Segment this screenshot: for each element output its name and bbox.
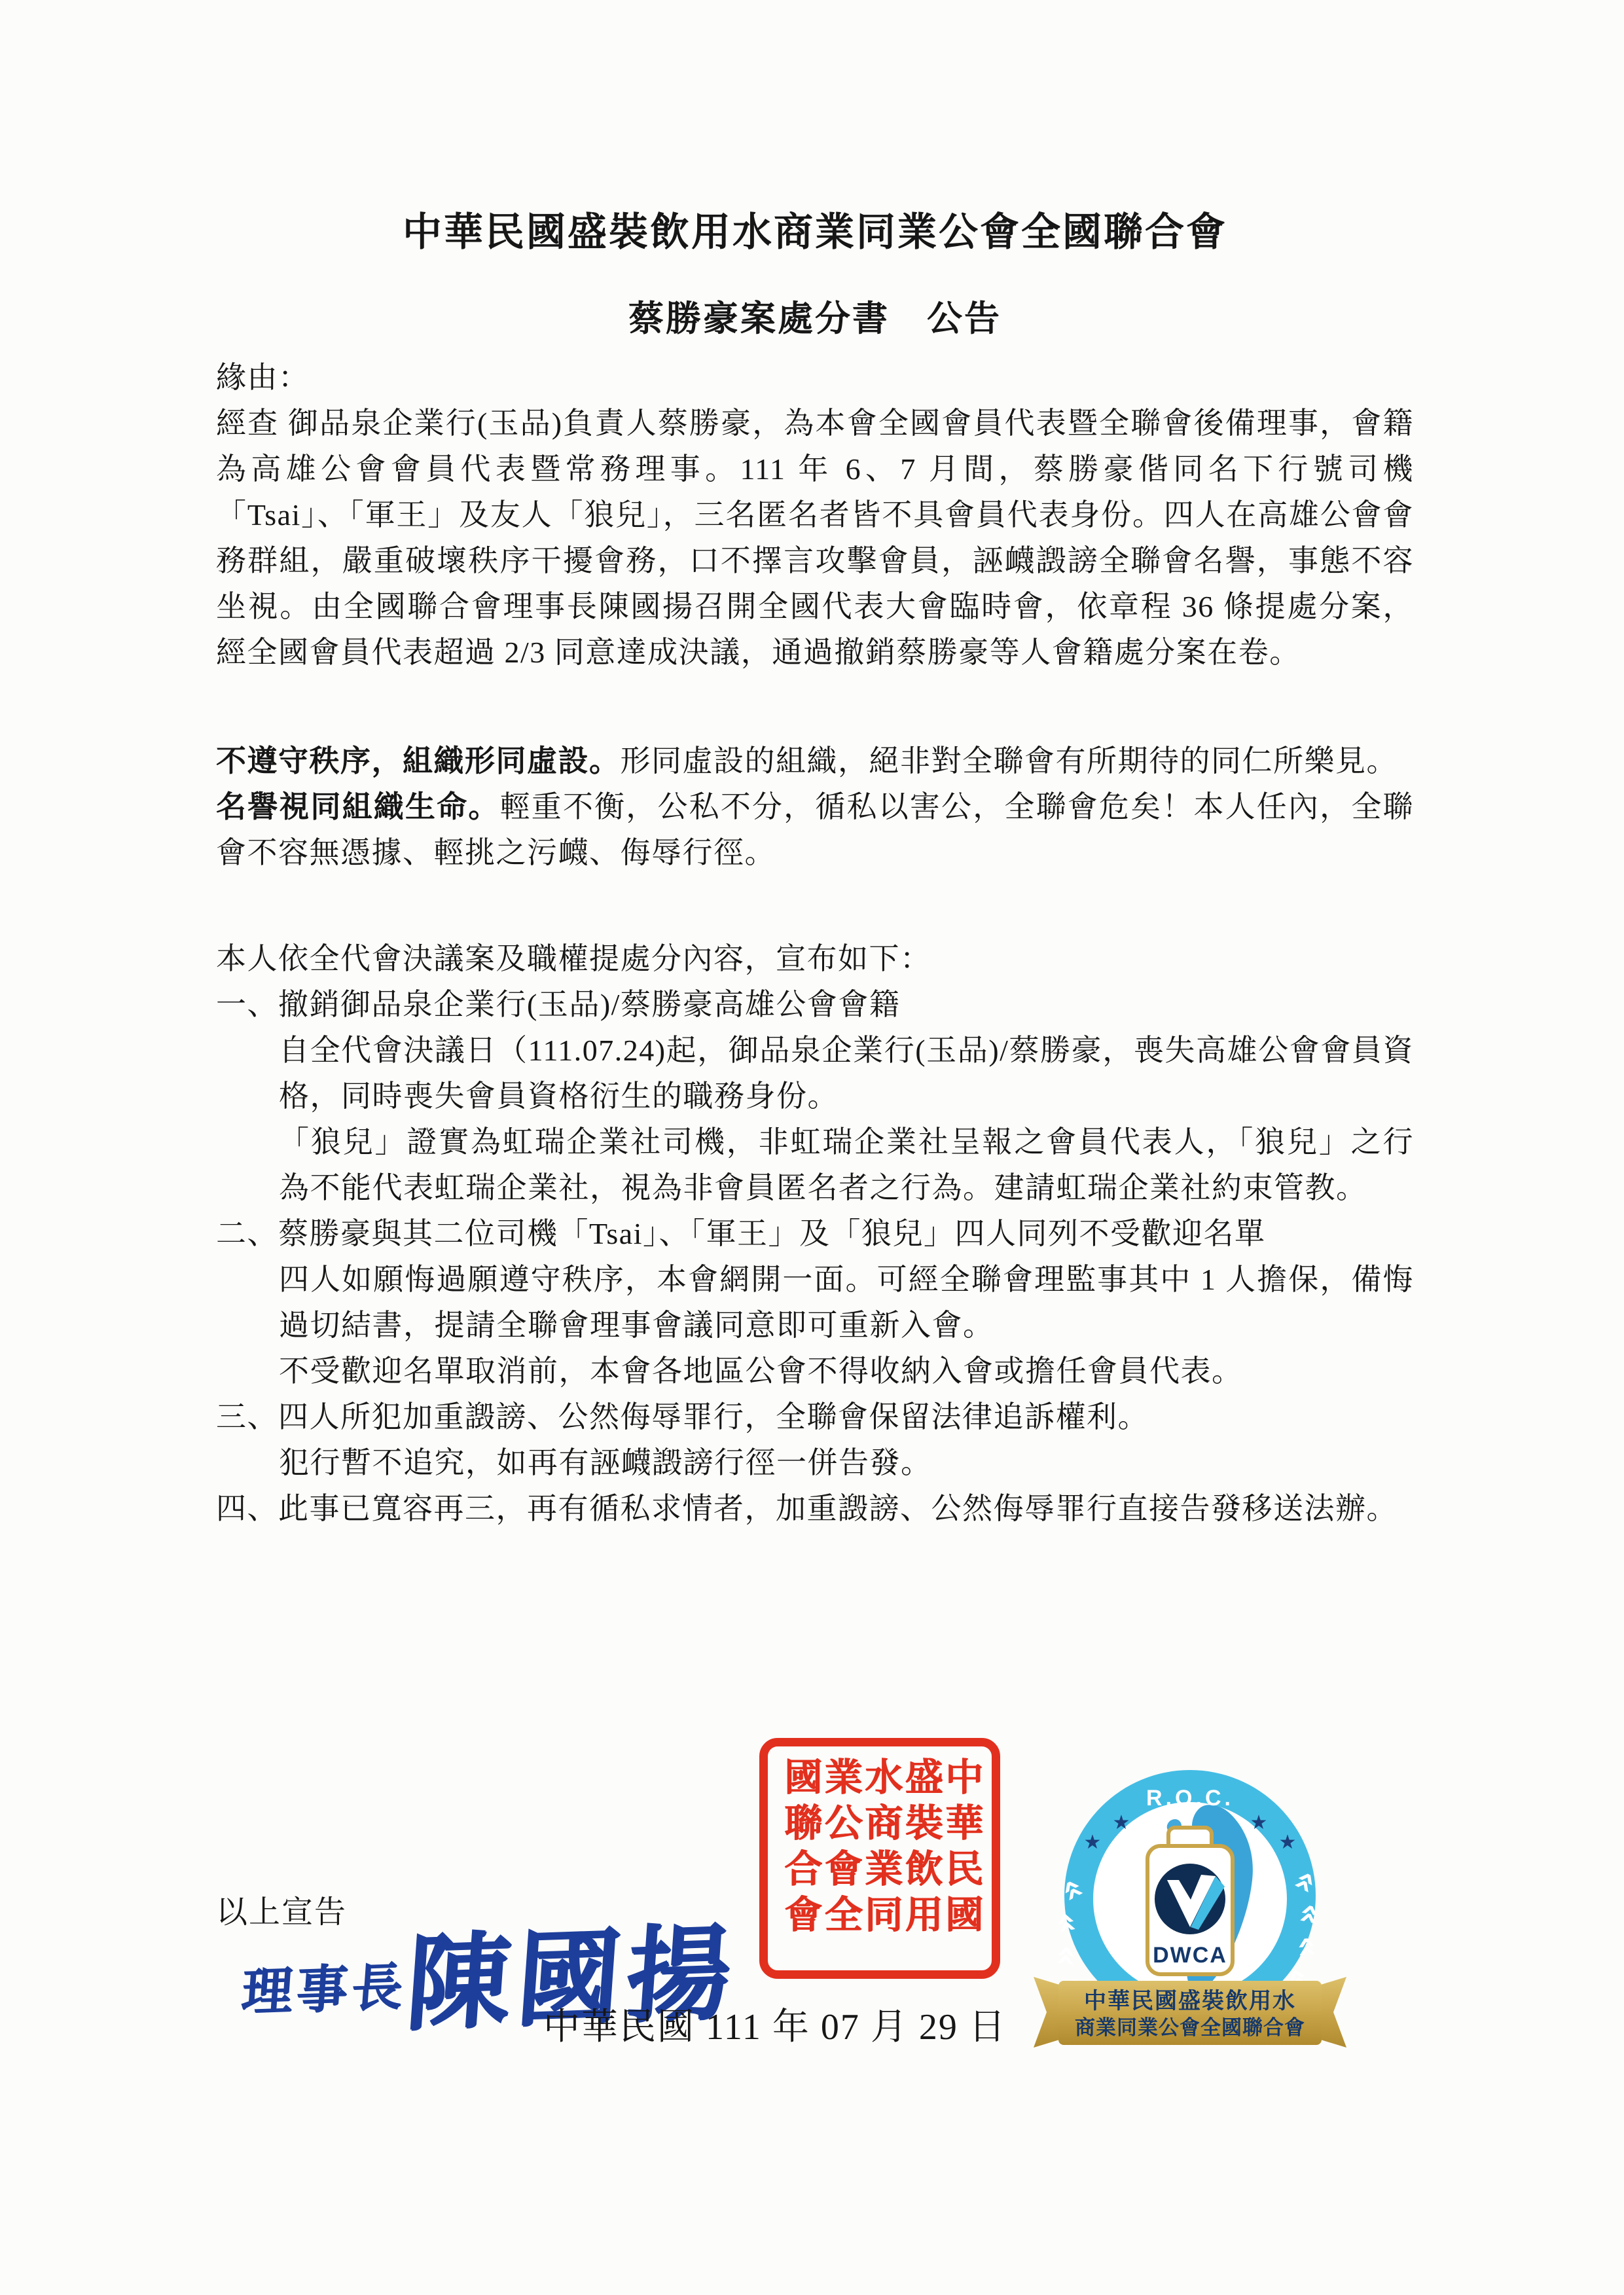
gold-ribbon-banner: 中華民國盛裝飲用水 商業同業公會全國聯合會 [1034, 1977, 1346, 2048]
item-1-sub-1: 自全代會決議日（111.07.24)起，御品泉企業行(玉品)/蔡勝豪，喪失高雄公… [216, 1028, 1414, 1119]
seal-column: 盛裝飲用 [901, 1757, 940, 1960]
scanned-announcement-page: 中華民國盛裝飲用水商業同業公會全國聯合會 蔡勝豪案處分書 公告 緣由： 經查 御… [0, 0, 1624, 2295]
item-4-title: 四、此事已寬容再三，再有循私求情者，加重譭謗、公然侮辱罪行直接告發移送法辦。 [216, 1486, 1414, 1532]
signature-and-seals-zone: 以上宣告 理事長陳國揚 中華民國 盛裝飲用 水商業同 業公會全 國聯合會 [216, 1702, 1460, 2199]
announcement-intro: 本人依全代會決議案及職權提處分內容，宣布如下： [216, 936, 1414, 982]
principle-paragraph: 名譽視同組織生命。輕重不衡，公私不分，循私以害公，全聯會危矣！本人任內，全聯會不… [216, 784, 1414, 876]
principle-rest: 形同虛設的組織，絕非對全聯會有所期待的同仁所樂見。 [621, 744, 1398, 778]
ribbon-line2: 商業同業公會全國聯合會 [1075, 2016, 1305, 2039]
principle-paragraph: 不遵守秩序，組織形同虛設。形同虛設的組織，絕非對全聯會有所期待的同仁所樂見。 [216, 738, 1414, 784]
seal-column: 水商業同 [860, 1757, 899, 1960]
principle-lead: 名譽視同組織生命。 [216, 790, 500, 823]
item-1-title: 一、撤銷御品泉企業行(玉品)/蔡勝豪高雄公會會籍 [216, 982, 1414, 1028]
item-2-title: 二、蔡勝豪與其二位司機「Tsai」、「軍王」及「狼兒」四人同列不受歡迎名單 [216, 1211, 1414, 1257]
svg-text:★: ★ [1250, 1811, 1268, 1834]
item-2-marker: 二、 [216, 1217, 278, 1250]
item-4-marker: 四、 [216, 1492, 278, 1525]
seal-column: 中華民國 [941, 1757, 980, 1960]
principles-section: 不遵守秩序，組織形同虛設。形同虛設的組織，絕非對全聯會有所期待的同仁所樂見。 名… [216, 738, 1414, 876]
svg-text:★: ★ [1113, 1811, 1130, 1834]
svg-text:★: ★ [1084, 1831, 1102, 1854]
document-subtitle: 蔡勝豪案處分書 公告 [216, 298, 1414, 339]
association-red-seal: 中華民國 盛裝飲用 水商業同 業公會全 國聯合會 [759, 1738, 1000, 1979]
item-2-sub-2: 不受歡迎名單取消前，本會各地區公會不得收納入會或擔任會員代表。 [216, 1348, 1414, 1394]
announcement-items: 一、撤銷御品泉企業行(玉品)/蔡勝豪高雄公會會籍 自全代會決議日（111.07.… [216, 982, 1414, 1532]
badge-acronym: DWCA [1153, 1943, 1227, 1968]
water-bottle-icon: DWCA [1147, 1828, 1233, 1974]
cause-paragraph: 經查 御品泉企業行(玉品)負責人蔡勝豪，為本會全國會員代表暨全聯會後備理事，會籍… [216, 401, 1414, 676]
item-2-sub-1: 四人如願悔過願遵守秩序，本會網開一面。可經全聯會理監事其中 1 人擔保，備悔過切… [216, 1257, 1414, 1348]
cause-label: 緣由： [216, 355, 1414, 401]
ribbon-line1: 中華民國盛裝飲用水 [1084, 1989, 1296, 2014]
principle-lead: 不遵守秩序，組織形同虛設。 [216, 744, 621, 778]
item-1-sub-2: 「狼兒」證實為虹瑞企業社司機，非虹瑞企業社呈報之會員代表人，「狼兒」之行為不能代… [216, 1119, 1414, 1211]
item-3-marker: 三、 [216, 1400, 278, 1434]
seal-column: 國聯合會 [780, 1757, 819, 1960]
badge-roc-label: R.O.C. [1146, 1786, 1234, 1811]
page-title: 中華民國盛裝飲用水商業同業公會全國聯合會 [216, 209, 1414, 255]
dwca-association-badge: R.O.C. ★ ★ ★ ★ « « « « « » » » » [1030, 1765, 1350, 2059]
item-1-marker: 一、 [216, 988, 278, 1021]
svg-text:«: « [1047, 1943, 1088, 1969]
item-3-sub-1: 犯行暫不追究，如再有誣衊譭謗行徑一併告發。 [216, 1440, 1414, 1486]
signature-title: 理事長 [240, 1958, 408, 2021]
svg-text:»: » [1285, 1934, 1326, 1960]
svg-text:★: ★ [1279, 1831, 1297, 1854]
seal-column: 業公會全 [820, 1757, 859, 1960]
document-date: 中華民國 111 年 07 月 29 日 [543, 1998, 1007, 2050]
item-3-title: 三、四人所犯加重譭謗、公然侮辱罪行，全聯會保留法律追訴權利。 [216, 1394, 1414, 1440]
document-body: 中華民國盛裝飲用水商業同業公會全國聯合會 蔡勝豪案處分書 公告 緣由： 經查 御… [216, 196, 1414, 1532]
